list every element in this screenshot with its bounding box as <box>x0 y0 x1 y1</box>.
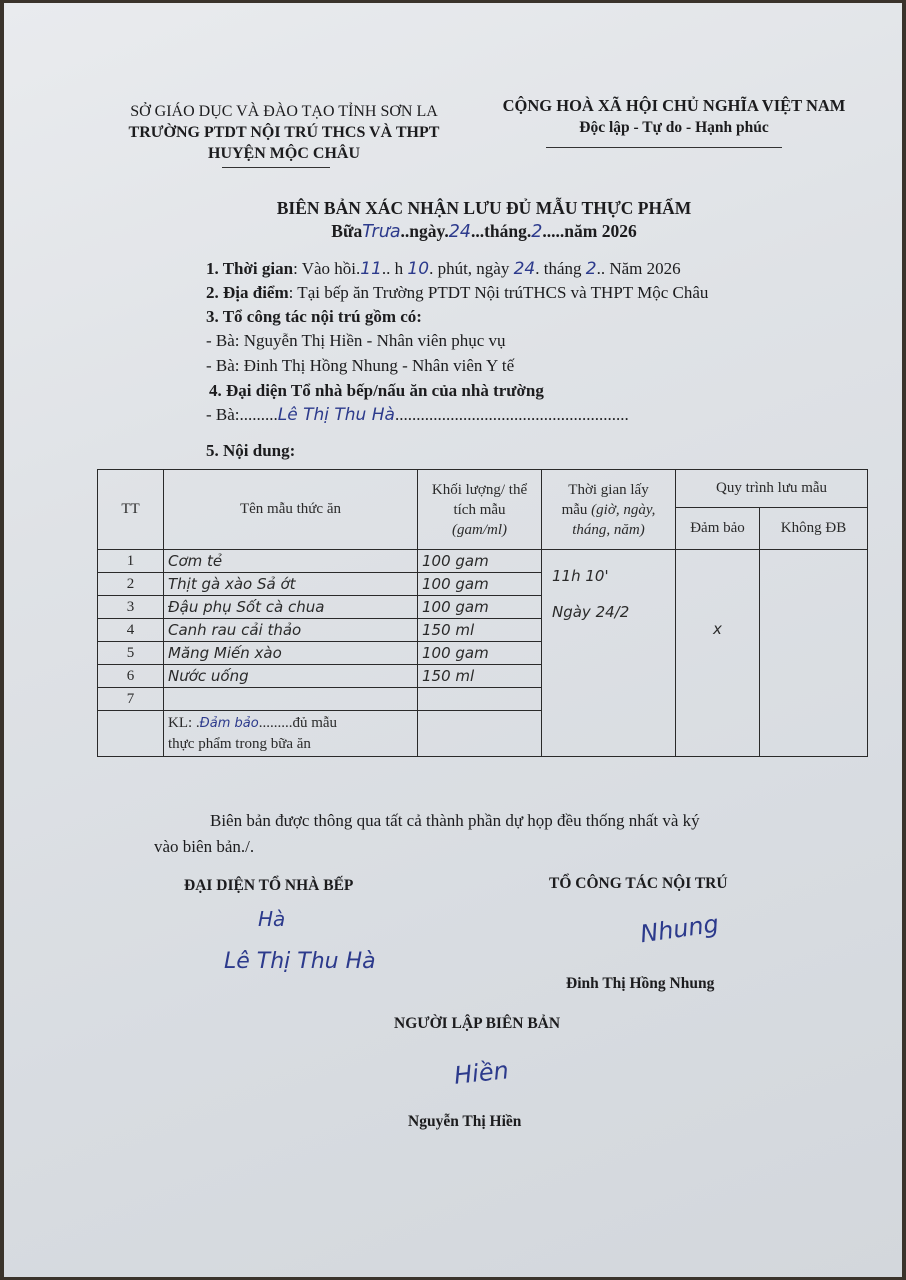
row-tt: 4 <box>98 619 164 642</box>
time-prefix: : Vào hồi. <box>293 259 360 278</box>
conclusion-suffix: .........đủ mẫu <box>259 715 337 731</box>
meal-label: Bữa <box>331 221 362 241</box>
row-quantity: 100 gam <box>418 550 542 573</box>
row-tt: 7 <box>98 688 164 711</box>
title-date-line: BữaTrưa..ngày.24...tháng.2.....năm 2026 <box>204 220 764 244</box>
header-quantity-line1: Khối lượng/ thể <box>422 480 537 500</box>
sample-time-line2: Ngày 24/2 <box>552 594 665 630</box>
row-tt: 2 <box>98 573 164 596</box>
conclusion-prefix: KL: . <box>168 715 200 731</box>
content-label: 5. Nội dung: <box>206 441 295 461</box>
section-time: 1. Thời gian: Vào hồi.11.. h 10. phút, n… <box>206 259 681 279</box>
team-label: 3. Tổ công tác nội trú gồm có: <box>206 307 422 327</box>
header-quantity: Khối lượng/ thể tích mẫu (gam/ml) <box>418 470 542 550</box>
conclusion-line1: KL: .Đảm bảo.........đủ mẫu <box>168 713 413 734</box>
table-header-row: TT Tên mẫu thức ăn Khối lượng/ thể tích … <box>98 470 868 508</box>
row-tt: 3 <box>98 596 164 619</box>
conclusion-qty <box>418 711 542 757</box>
kitchen-representative: - Bà:.........Lê Thị Thu Hà.............… <box>206 405 629 425</box>
conclusion-value: Đảm bảo <box>200 716 259 731</box>
not-ok-cell <box>760 550 868 757</box>
kitchen-signer-name: Lê Thị Thu Hà <box>224 949 376 974</box>
month-value: 2 <box>531 222 542 242</box>
day-label: ..ngày. <box>401 221 449 241</box>
sample-table: TT Tên mẫu thức ăn Khối lượng/ thể tích … <box>97 469 868 757</box>
title-main: BIÊN BẢN XÁC NHẬN LƯU ĐỦ MẪU THỰC PHẨM <box>204 197 764 220</box>
row-food-name <box>164 688 418 711</box>
header-ok: Đảm bảo <box>676 508 760 550</box>
national-motto: Độc lập - Tự do - Hạnh phúc <box>474 117 874 139</box>
team-signature: Nhung <box>638 910 720 949</box>
kitchen-name: Lê Thị Thu Hà <box>278 405 395 425</box>
time-label: 1. Thời gian <box>206 259 293 278</box>
time-minute-text: . phút, ngày <box>429 259 509 278</box>
row-quantity: 100 gam <box>418 573 542 596</box>
year-label: .....năm 2026 <box>542 221 636 241</box>
document-page: SỞ GIÁO DỤC VÀ ĐÀO TẠO TỈNH SƠN LA TRƯỜN… <box>4 3 902 1277</box>
header-not-ok: Không ĐB <box>760 508 868 550</box>
department-name: SỞ GIÁO DỤC VÀ ĐÀO TẠO TỈNH SƠN LA <box>104 101 464 122</box>
kitchen-signature: Hà <box>258 907 285 931</box>
kitchen-signature-title: ĐẠI DIỆN TỔ NHÀ BẾP <box>184 877 353 895</box>
team-member: - Bà: Đinh Thị Hồng Nhung - Nhân viên Y … <box>206 356 514 376</box>
time-minute: 10 <box>407 259 429 279</box>
kitchen-prefix: - Bà:......... <box>206 405 278 424</box>
kitchen-label: 4. Đại diện Tổ nhà bếp/nấu ăn của nhà tr… <box>209 381 544 401</box>
row-food-name: Cơm tẻ <box>164 550 418 573</box>
header-left: SỞ GIÁO DỤC VÀ ĐÀO TẠO TỈNH SƠN LA TRƯỜN… <box>104 101 464 164</box>
meal-value: Trưa <box>362 222 400 242</box>
row-food-name: Canh rau cải thảo <box>164 619 418 642</box>
time-month-text: . tháng <box>535 259 581 278</box>
author-name: Nguyễn Thị Hiền <box>408 1113 521 1131</box>
header-sample-time: Thời gian lấy mẫu (giờ, ngày, tháng, năm… <box>542 470 676 550</box>
header-quantity-unit: (gam/ml) <box>422 520 537 540</box>
row-food-name: Măng Miến xào <box>164 642 418 665</box>
header-food-name: Tên mẫu thức ăn <box>164 470 418 550</box>
author-signature-title: NGƯỜI LẬP BIÊN BẢN <box>394 1015 560 1033</box>
conclusion-cell: KL: .Đảm bảo.........đủ mẫu thực phẩm tr… <box>164 711 418 757</box>
row-tt: 5 <box>98 642 164 665</box>
row-food-name: Nước uống <box>164 665 418 688</box>
location-text: : Tại bếp ăn Trường PTDT Nội trúTHCS và … <box>289 283 709 302</box>
sample-time-line1: 11h 10' <box>552 558 665 594</box>
header-right: CỘNG HOÀ XÃ HỘI CHỦ NGHĨA VIỆT NAM Độc l… <box>474 95 874 139</box>
header-time-line1: Thời gian lấy <box>546 480 671 500</box>
day-value: 24 <box>449 222 471 242</box>
closing-line2: vào biên bản./. <box>154 837 254 857</box>
header-right-underline <box>546 147 782 148</box>
time-year-text: .. Năm 2026 <box>597 259 681 278</box>
table-row: 1 Cơm tẻ 100 gam 11h 10' Ngày 24/2 x <box>98 550 868 573</box>
team-signature-title: TỔ CÔNG TÁC NỘI TRÚ <box>549 875 728 893</box>
row-quantity: 150 ml <box>418 665 542 688</box>
header-time-line2b: (giờ, ngày, <box>591 502 655 518</box>
header-time-line2a: mẫu <box>562 502 592 518</box>
section-location: 2. Địa điểm: Tại bếp ăn Trường PTDT Nội … <box>206 283 708 303</box>
author-signature: Hiền <box>453 1056 510 1090</box>
header-process: Quy trình lưu mẫu <box>676 470 868 508</box>
time-hour: 11 <box>360 259 382 279</box>
time-h-text: .. h <box>382 259 403 278</box>
row-tt: 1 <box>98 550 164 573</box>
row-food-name: Thịt gà xào Sả ớt <box>164 573 418 596</box>
time-day: 24 <box>514 259 536 279</box>
row-quantity <box>418 688 542 711</box>
country-name: CỘNG HOÀ XÃ HỘI CHỦ NGHĨA VIỆT NAM <box>474 95 874 117</box>
document-title: BIÊN BẢN XÁC NHẬN LƯU ĐỦ MẪU THỰC PHẨM B… <box>204 197 764 244</box>
header-tt: TT <box>98 470 164 550</box>
closing-line1: Biên bản được thông qua tất cả thành phầ… <box>210 811 700 831</box>
row-quantity: 150 ml <box>418 619 542 642</box>
header-left-underline <box>222 167 330 168</box>
team-signer-name: Đinh Thị Hồng Nhung <box>566 975 714 993</box>
location-label: 2. Địa điểm <box>206 283 289 302</box>
team-member: - Bà: Nguyễn Thị Hiền - Nhân viên phục v… <box>206 331 505 351</box>
conclusion-tt <box>98 711 164 757</box>
row-quantity: 100 gam <box>418 642 542 665</box>
row-tt: 6 <box>98 665 164 688</box>
header-time-line2: mẫu (giờ, ngày, <box>546 500 671 520</box>
row-food-name: Đậu phụ Sốt cà chua <box>164 596 418 619</box>
time-month: 2 <box>586 259 597 279</box>
header-quantity-line2: tích mẫu <box>422 500 537 520</box>
header-time-line3: tháng, năm) <box>546 520 671 540</box>
sample-time-cell: 11h 10' Ngày 24/2 <box>542 550 676 757</box>
row-quantity: 100 gam <box>418 596 542 619</box>
school-name: TRƯỜNG PTDT NỘI TRÚ THCS VÀ THPT <box>104 122 464 143</box>
conclusion-line2: thực phẩm trong bữa ăn <box>168 734 413 754</box>
district-name: HUYỆN MỘC CHÂU <box>104 143 464 164</box>
month-label: ...tháng. <box>471 221 531 241</box>
kitchen-dots: ........................................… <box>395 405 629 424</box>
ok-cell: x <box>676 550 760 757</box>
